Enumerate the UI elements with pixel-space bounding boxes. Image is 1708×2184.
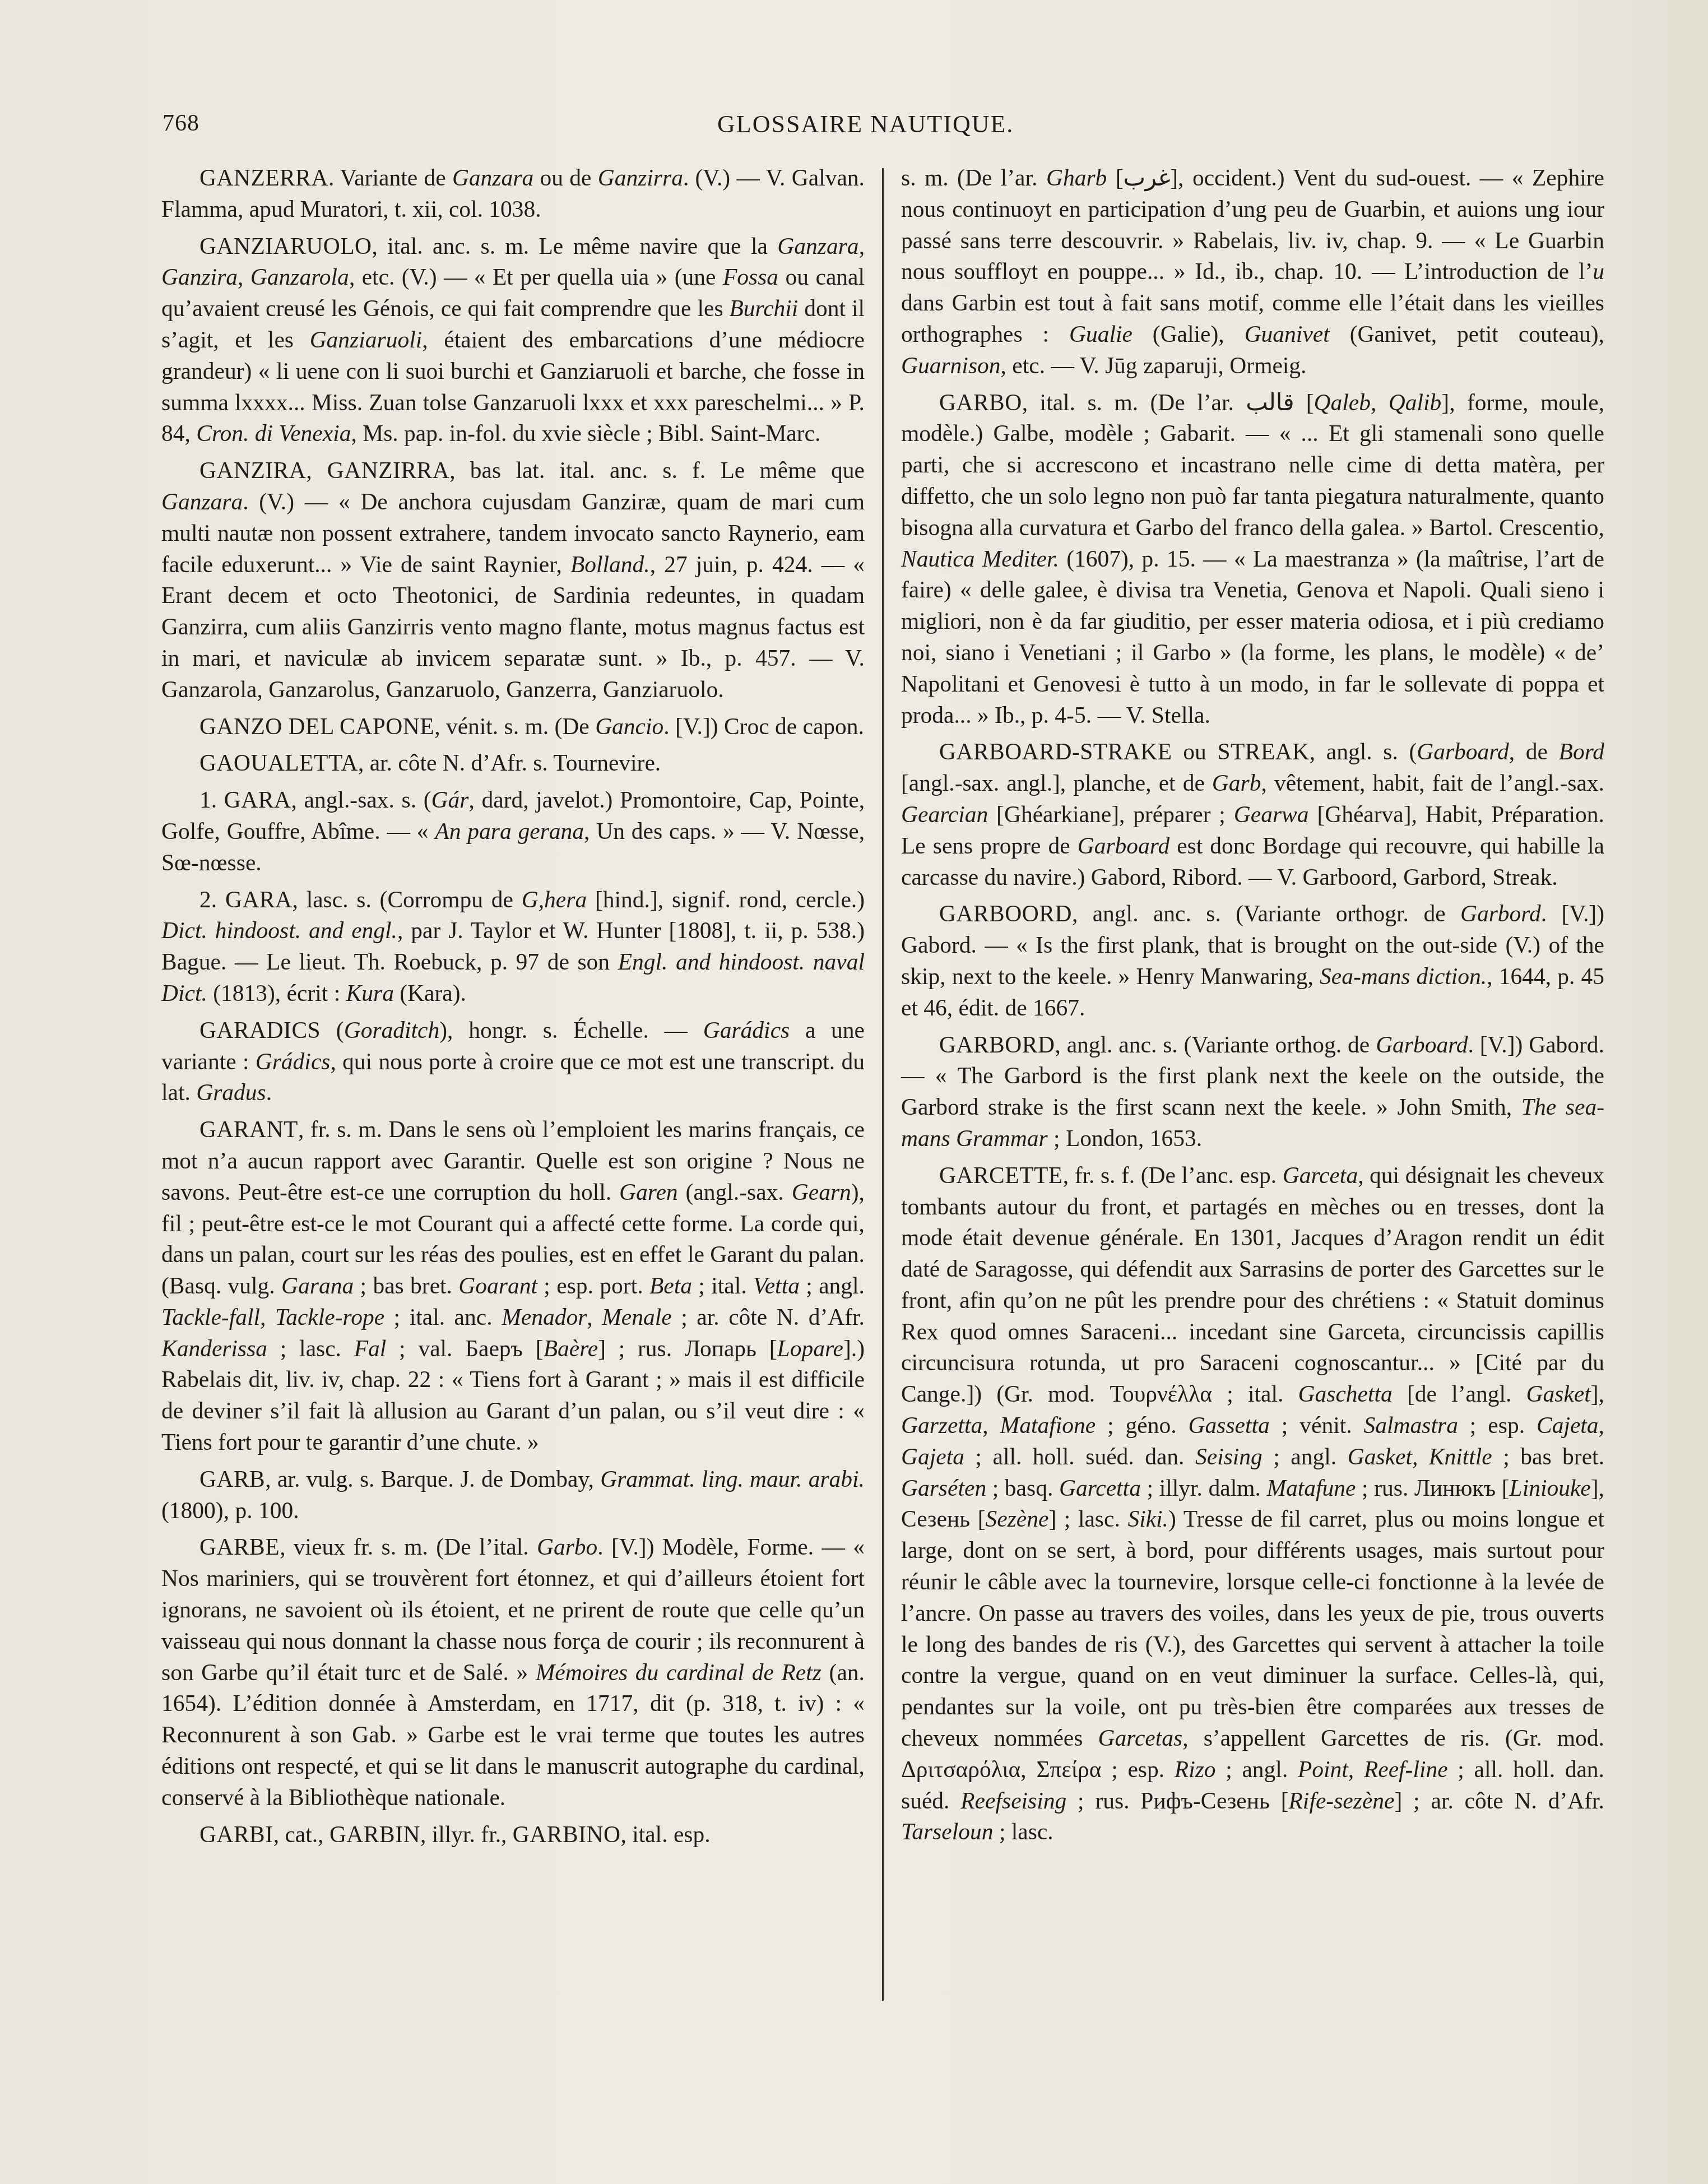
italic-term: Sezène	[985, 1506, 1048, 1532]
italic-term: Gasket	[1526, 1381, 1591, 1407]
entry-text: , ar. vulg. s. Barque. J. de Dombay,	[265, 1466, 600, 1492]
entry-text: ou	[1172, 739, 1218, 764]
headword: GAOUALETTA	[199, 750, 358, 776]
italic-term: Goraditch	[344, 1017, 440, 1043]
italic-term: Gaschetta	[1298, 1381, 1393, 1407]
glossary-entry: GARBE, vieux fr. s. m. (De l’ital. Garbo…	[161, 1532, 865, 1813]
glossary-entry: 1. GARA, angl.-sax. s. (Gár, dard, javel…	[161, 785, 865, 878]
entry-text: ; angl.	[1216, 1756, 1298, 1782]
glossary-entry-continuation: s. m. (De l’ar. Gharb [غرب], occident.) …	[901, 163, 1604, 382]
italic-term: Ganzara	[452, 165, 533, 191]
italic-term: Garboard	[1078, 833, 1169, 859]
italic-term: Garboard	[1417, 739, 1509, 764]
glossary-entry: GARBI, cat., GARBIN, illyr. fr., GARBINO…	[161, 1819, 865, 1851]
entry-text: , vénit. s. m. (De	[434, 713, 595, 739]
italic-term: Vetta	[753, 1273, 800, 1299]
glossary-entry: GANZIARUOLO, ital. anc. s. m. Le même na…	[161, 231, 865, 450]
column-divider	[882, 168, 884, 2001]
italic-term: Guarnison	[901, 353, 1001, 378]
entry-text: ; ital. anc.	[384, 1304, 502, 1330]
italic-term: Garboard	[1376, 1032, 1468, 1058]
italic-term: Lopare	[777, 1336, 843, 1361]
italic-term: Rizo	[1175, 1756, 1216, 1782]
italic-term: Mémoires du cardinal de Retz	[536, 1659, 821, 1685]
headword: GARANT	[199, 1116, 298, 1142]
glossary-entry: GARANT, fr. s. m. Dans le sens où l’empl…	[161, 1114, 865, 1458]
entry-text: (Kara).	[394, 980, 466, 1006]
entry-text: ; illyr. dalm.	[1141, 1475, 1267, 1501]
entry-text: , fr. s. f. (De l’anc. esp.	[1063, 1162, 1283, 1188]
entry-text: . [V.]) Croc de capon.	[663, 713, 864, 739]
italic-term: Garcetta	[1059, 1475, 1141, 1501]
italic-term: Fal	[354, 1336, 387, 1361]
glossary-entry: GARB, ar. vulg. s. Barque. J. de Dombay,…	[161, 1464, 865, 1527]
italic-term: Garbo	[537, 1534, 597, 1560]
entry-text: , angl. anc. s. (Variante orthogr. de	[1072, 901, 1460, 926]
entry-text: ) Tresse de fil carret, plus ou moins lo…	[901, 1506, 1604, 1751]
italic-term: Point, Reef-line	[1298, 1756, 1448, 1782]
headword: GARBI	[199, 1821, 273, 1847]
italic-term: Garceta	[1283, 1162, 1358, 1188]
italic-term: Matafione	[1000, 1412, 1096, 1438]
entry-text: ; val. Баеръ [	[386, 1336, 543, 1361]
entry-text: , qui désignait les cheveux tombants aut…	[901, 1162, 1604, 1407]
italic-term: Rife-sezène	[1289, 1788, 1395, 1814]
italic-term: Gassetta	[1189, 1412, 1270, 1438]
entry-text: , ital. anc. s. m. Le même navire que la	[372, 233, 778, 259]
italic-term: Garb	[1212, 770, 1261, 796]
entry-text: (Ganivet, petit couteau),	[1330, 321, 1604, 347]
entry-text: (1800), p. 100.	[161, 1497, 299, 1523]
headword: GANZERRA	[199, 165, 328, 191]
entry-text: [de l’angl.	[1393, 1381, 1526, 1407]
entry-text: ,	[859, 233, 865, 259]
entry-text: ; ital.	[692, 1273, 753, 1299]
italic-term: Garana	[281, 1273, 354, 1299]
entry-text: ],	[1591, 1381, 1604, 1407]
entry-text: , Ms. pap. in-fol. du xvie siècle ; Bibl…	[351, 420, 820, 446]
headword: GARA	[225, 887, 293, 912]
italic-term: Tarseloun	[901, 1819, 994, 1844]
headword: GARADICS	[199, 1017, 321, 1043]
italic-term: Bord	[1559, 739, 1604, 764]
italic-term: Gualie	[1069, 321, 1133, 347]
headword: GARBIN	[329, 1821, 420, 1847]
entry-text: ,	[587, 1304, 602, 1330]
italic-term: Guanivet	[1245, 321, 1330, 347]
entry-text: ; all. holl. suéd. dan.	[964, 1444, 1195, 1469]
headword: GARCETTE	[939, 1162, 1063, 1188]
headword: GARA	[224, 787, 291, 813]
entry-text: ; rus. Рифъ-Сезень [	[1066, 1788, 1288, 1814]
italic-term: Gearn	[792, 1179, 851, 1205]
italic-term: Matafune	[1266, 1475, 1356, 1501]
italic-term: Seising	[1195, 1444, 1263, 1469]
glossary-entry: GANZO DEL CAPONE, vénit. s. m. (De Ganci…	[161, 711, 865, 743]
entry-text: ,	[982, 1412, 1000, 1438]
glossary-entry: GANZERRA. Variante de Ganzara ou de Ganz…	[161, 163, 865, 225]
italic-term: Kanderissa	[161, 1336, 267, 1361]
headword: GARBO	[939, 389, 1022, 415]
headword: GARBE	[199, 1534, 280, 1560]
italic-term: Ganziaruoli	[310, 327, 423, 353]
italic-term: Gradus	[196, 1079, 266, 1105]
headword: GARBOARD-STRAKE	[939, 739, 1172, 764]
italic-term: Garséten	[901, 1475, 986, 1501]
entry-text: , angl. s. (	[1310, 739, 1417, 764]
running-title: GLOSSAIRE NAUTIQUE.	[717, 110, 1014, 138]
entry-text: ; lasc.	[994, 1819, 1053, 1844]
entry-text: (1607), p. 15. — « La maestranza » (la m…	[901, 546, 1604, 728]
italic-term: Reefseising	[960, 1788, 1066, 1814]
page-number: 768	[163, 110, 199, 137]
entry-text: , etc. (V.) — « Et per quella uia » (une	[349, 264, 723, 290]
italic-term: Cron. di Venexia	[196, 420, 351, 446]
italic-term: Nautica Mediter.	[901, 546, 1059, 572]
italic-term: Menador	[502, 1304, 587, 1330]
entry-text: ; bas bret.	[354, 1273, 458, 1299]
italic-term: Ganzarola	[250, 264, 349, 290]
italic-term: Gár	[431, 787, 469, 813]
entry-text: ; géno.	[1096, 1412, 1188, 1438]
italic-term: Fossa	[723, 264, 778, 290]
entry-text: , etc. — V. Jūg zaparuji, Ormeig.	[1001, 353, 1307, 378]
entry-text: ; London, 1653.	[1048, 1125, 1203, 1151]
italic-term: Baère	[544, 1336, 598, 1361]
entry-text: (Galie),	[1133, 321, 1245, 347]
italic-term: u	[1593, 258, 1604, 284]
italic-term: Bolland.	[570, 551, 650, 577]
italic-term: Gancio	[595, 713, 663, 739]
italic-term: G,hera	[522, 887, 587, 912]
glossary-entry: GARBOORD, angl. anc. s. (Variante orthog…	[901, 898, 1604, 1023]
entry-text: (1813), écrit :	[207, 980, 346, 1006]
headword: GANZIARUOLO	[199, 233, 372, 259]
italic-term: Liniouke	[1510, 1475, 1591, 1501]
italic-term: Menale	[602, 1304, 671, 1330]
italic-term: Siki.	[1127, 1506, 1168, 1532]
entry-text: ; angl.	[800, 1273, 865, 1299]
entry-text: ; ar. côte N. d’Afr.	[672, 1304, 865, 1330]
glossary-entry: GARBO, ital. s. m. (De l’ar. قالب [Qaleb…	[901, 387, 1604, 731]
entry-text: ] ; rus. Лопарь [	[598, 1336, 777, 1361]
entry-text: ; rus. Линюкъ [	[1356, 1475, 1510, 1501]
italic-term: Grádics	[256, 1049, 331, 1074]
entry-text: ; bas bret.	[1492, 1444, 1604, 1469]
italic-term: Salmastra	[1364, 1412, 1458, 1438]
italic-term: Gasket, Knittle	[1348, 1444, 1492, 1469]
headword: GARBOORD	[939, 901, 1072, 926]
entry-text: ; lasc.	[267, 1336, 354, 1361]
entry-number: 2.	[199, 887, 225, 912]
entry-text: ou de	[533, 165, 598, 191]
glossary-entry: GAOUALETTA, ar. côte N. d’Afr. s. Tourne…	[161, 748, 865, 779]
entry-text: ,	[238, 264, 250, 290]
entry-text: (angl.-sax.	[678, 1179, 792, 1205]
italic-term: Beta	[649, 1273, 692, 1299]
glossary-entry: GARBOARD-STRAKE ou STREAK, angl. s. (Gar…	[901, 736, 1604, 893]
italic-term: Sea-mans diction.	[1320, 963, 1487, 989]
entry-text: , lasc. s. (Corrompu de	[293, 887, 522, 912]
italic-term: Goarant	[458, 1273, 537, 1299]
glossary-entry: 2. GARA, lasc. s. (Corrompu de G,hera [h…	[161, 884, 865, 1009]
headword: GANZO DEL CAPONE	[199, 713, 434, 739]
glossary-entry: GARCETTE, fr. s. f. (De l’anc. esp. Garc…	[901, 1160, 1604, 1848]
entry-text: , illyr. fr.,	[420, 1821, 513, 1847]
italic-term: Ganzara	[161, 489, 243, 514]
entry-text: , vieux fr. s. m. (De l’ital.	[280, 1534, 537, 1560]
entry-text: , de	[1509, 739, 1559, 764]
entry-text: ; angl.	[1263, 1444, 1348, 1469]
entry-text: [angl.-sax. angl.], planche, et de	[901, 770, 1212, 796]
glossary-entry: GARADICS (Goraditch), hongr. s. Échelle.…	[161, 1015, 865, 1109]
headword: GARBINO	[513, 1821, 621, 1847]
entry-text: ] ; lasc.	[1048, 1506, 1127, 1532]
entry-text: , vêtement, habit, fait de l’angl.-sax.	[1261, 770, 1604, 796]
entry-text: ; basq.	[986, 1475, 1059, 1501]
italic-term: Qaleb, Qalib	[1314, 389, 1442, 415]
left-column: GANZERRA. Variante de Ganzara ou de Ganz…	[161, 163, 865, 1856]
entry-text: [hind.], signif. rond, cercle.)	[587, 887, 865, 912]
running-head: 768 GLOSSAIRE NAUTIQUE.	[163, 110, 1613, 143]
entry-text: , ital. esp.	[620, 1821, 710, 1847]
entry-text: , cat.,	[273, 1821, 329, 1847]
entry-text: . Variante de	[328, 165, 452, 191]
entry-text: , ital. s. m. (De l’ar. قالب [	[1022, 389, 1314, 415]
entry-text: s. m. (De l’ar.	[901, 165, 1046, 191]
italic-term: Grammat. ling. maur. arabi.	[600, 1466, 865, 1492]
entry-text: [Ghéarkiane], préparer ;	[988, 801, 1234, 827]
italic-term: Garzetta	[901, 1412, 982, 1438]
italic-term: Ganzirra	[598, 165, 683, 191]
italic-term: Gearcian	[901, 801, 988, 827]
italic-term: Tackle-fall, Tackle-rope	[161, 1304, 384, 1330]
italic-term: Garádics	[703, 1017, 790, 1043]
entry-text: ; esp.	[1458, 1412, 1537, 1438]
entry-text: ; esp. port.	[537, 1273, 649, 1299]
entry-text: , ar. côte N. d’Afr. s. Tournevire.	[358, 750, 661, 776]
italic-term: Burchii	[729, 295, 798, 321]
italic-term: Garbord	[1460, 901, 1541, 926]
entry-text: (	[321, 1017, 344, 1043]
entry-text: , bas lat. ital. anc. s. f. Le même que	[449, 457, 865, 483]
right-column: s. m. (De l’ar. Gharb [غرب], occident.) …	[901, 163, 1604, 1853]
italic-term: Gearwa	[1234, 801, 1309, 827]
italic-term: An para gerana	[435, 818, 584, 844]
italic-term: Garcetas	[1098, 1725, 1183, 1751]
italic-term: Kura	[346, 980, 394, 1006]
headword: GARB	[199, 1466, 265, 1492]
entry-text: ; vénit.	[1270, 1412, 1364, 1438]
entry-text: ] ; ar. côte N. d’Afr.	[1394, 1788, 1604, 1814]
italic-term: Ganzira	[161, 264, 238, 290]
italic-term: Garen	[619, 1179, 678, 1205]
entry-text: , angl.-sax. s. (	[291, 787, 431, 813]
entry-number: 1.	[199, 787, 224, 813]
headword: GANZIRA, GANZIRRA	[199, 457, 449, 483]
headword: GARBORD	[939, 1032, 1055, 1058]
entry-text: , angl. anc. s. (Variante orthog. de	[1055, 1032, 1376, 1058]
glossary-entry: GARBORD, angl. anc. s. (Variante orthog.…	[901, 1030, 1604, 1154]
italic-term: Ganzara	[777, 233, 858, 259]
book-page: 768 GLOSSAIRE NAUTIQUE. GANZERRA. Varian…	[0, 0, 1708, 2184]
italic-term: Gharb	[1046, 165, 1107, 191]
entry-text: .	[266, 1079, 272, 1105]
italic-term: Dict. hindoost. and engl.	[161, 917, 397, 943]
glossary-entry: GANZIRA, GANZIRRA, bas lat. ital. anc. s…	[161, 455, 865, 705]
entry-text: ), hongr. s. Échelle. —	[439, 1017, 703, 1043]
headword: STREAK	[1217, 739, 1309, 764]
